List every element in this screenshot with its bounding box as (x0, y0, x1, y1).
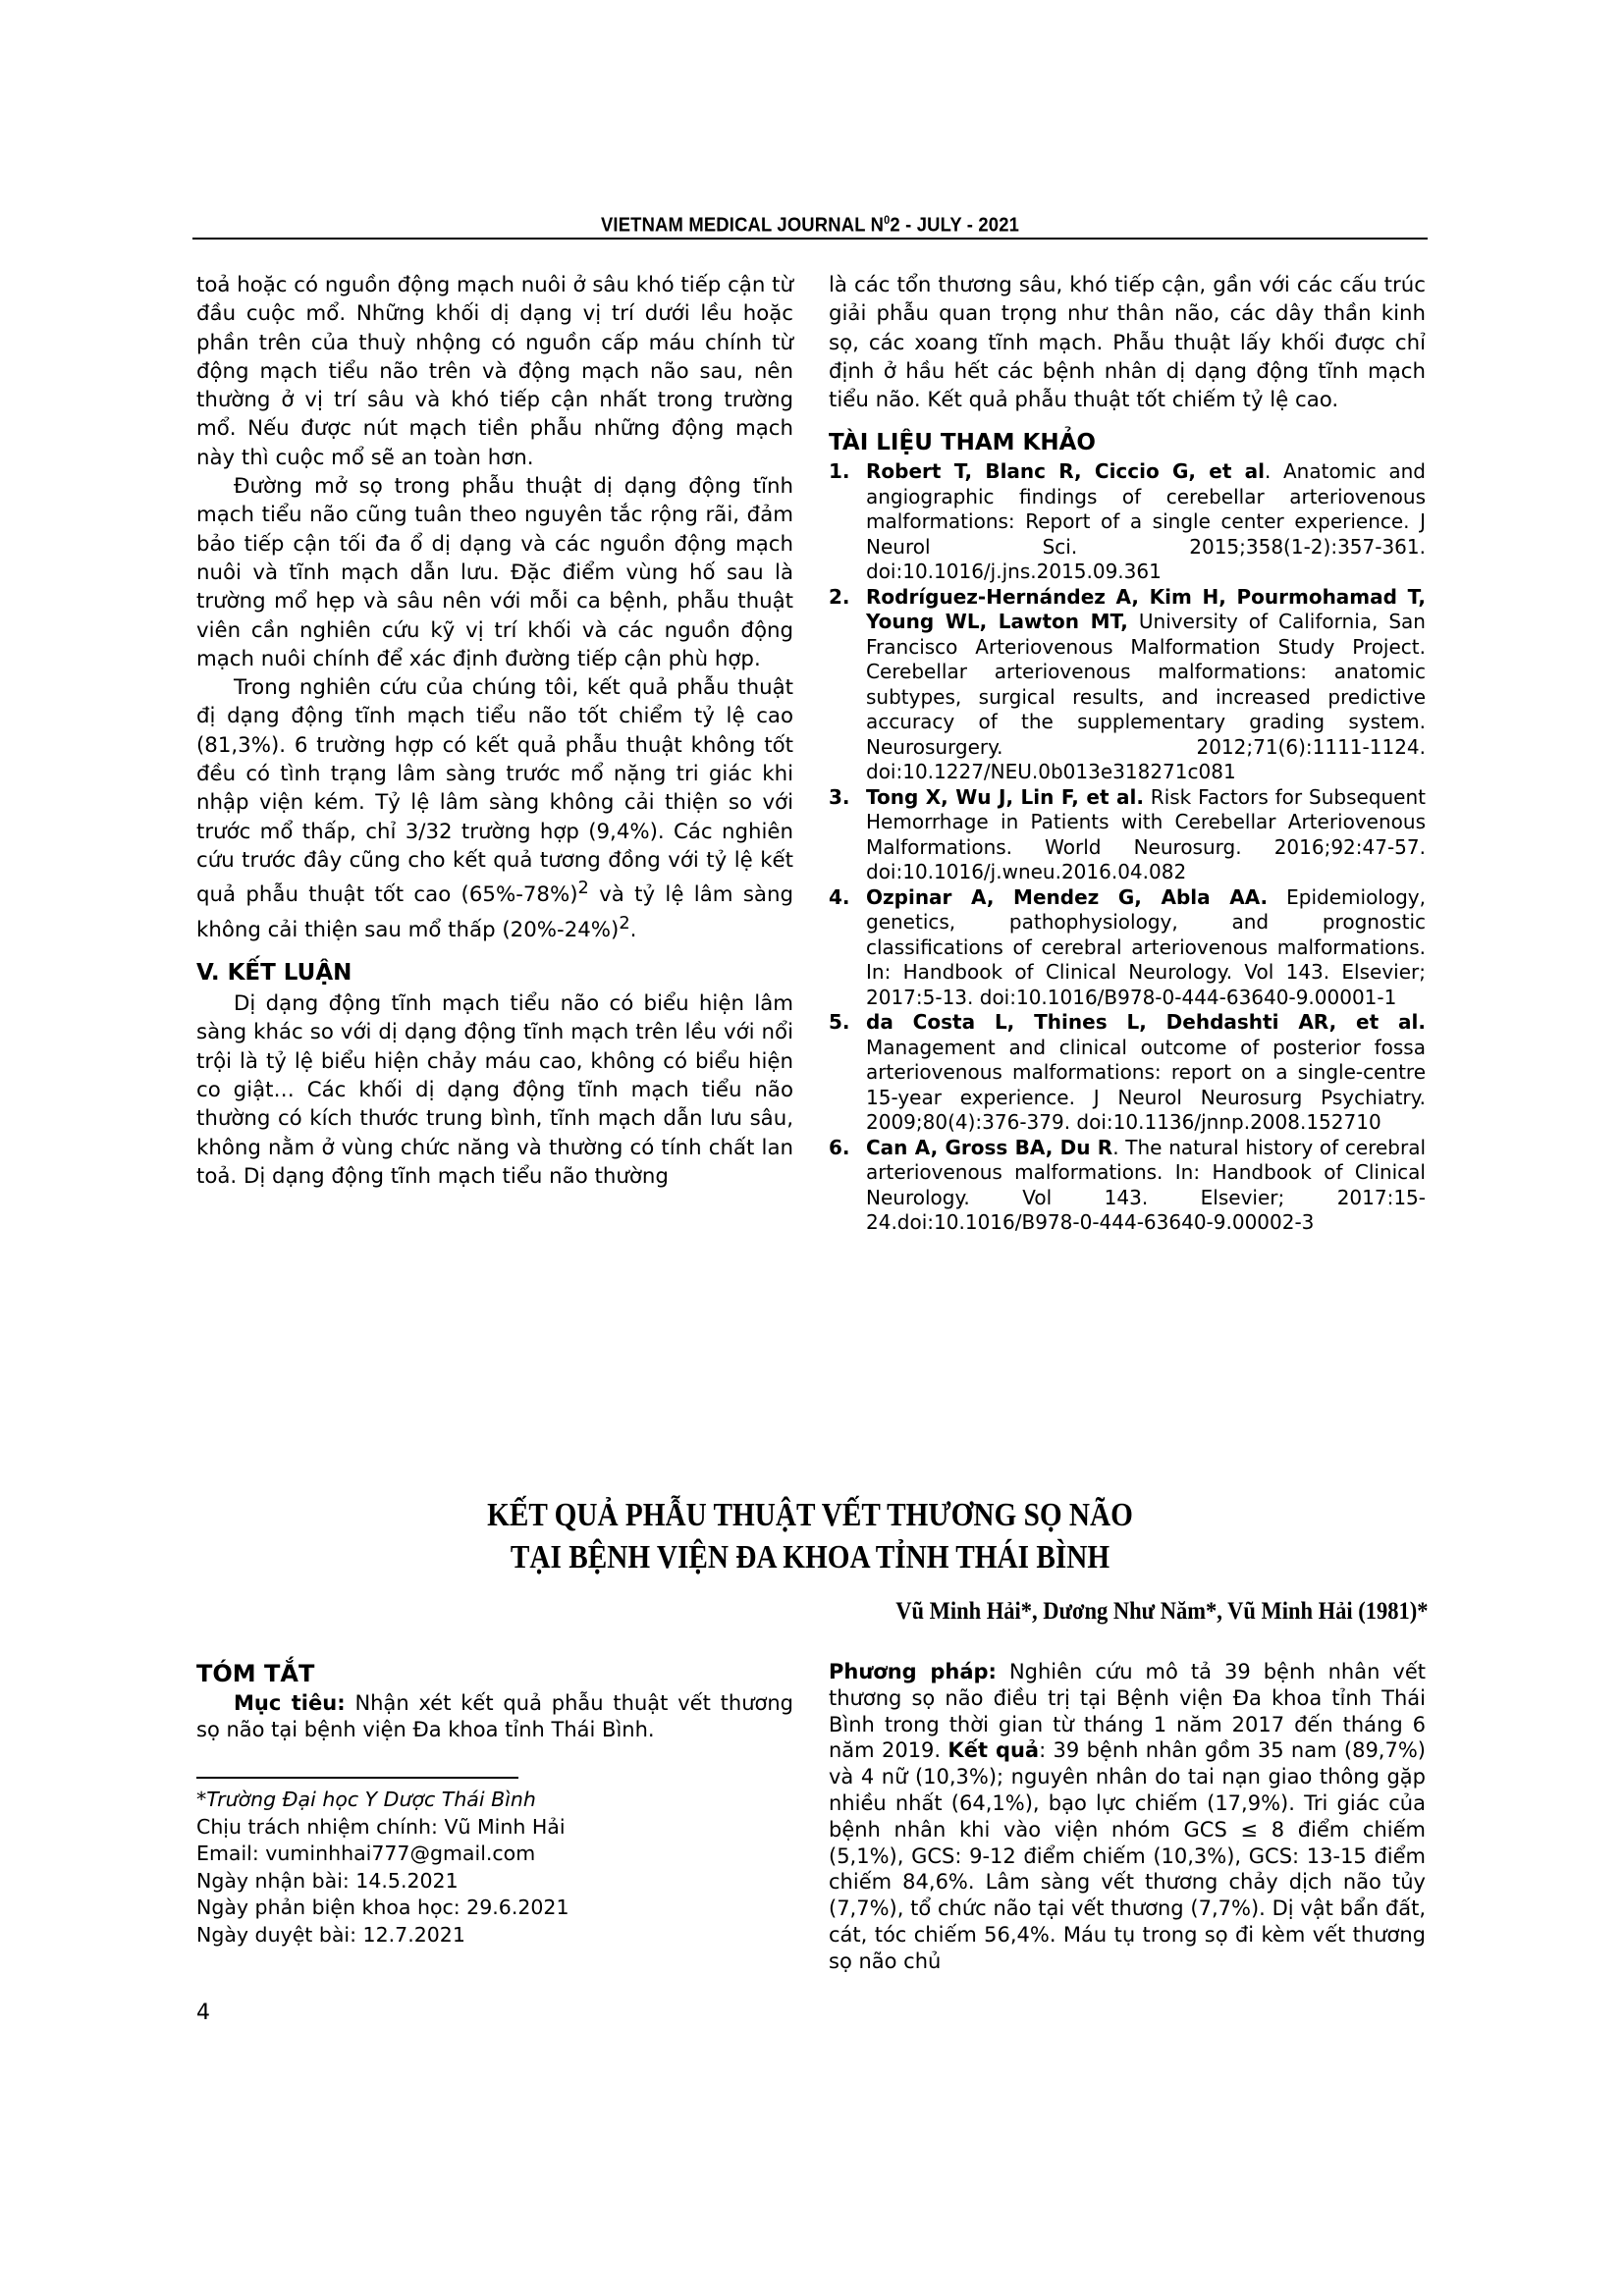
objective-label: Mục tiêu: (234, 1691, 346, 1715)
footnote-received-date: Ngày nhận bài: 14.5.2021 (196, 1868, 793, 1896)
footnote-accepted-date: Ngày duyệt bài: 12.7.2021 (196, 1922, 793, 1949)
method-label: Phương pháp: (829, 1660, 997, 1683)
citation-superscript: 2 (578, 879, 589, 898)
footnote-rule (196, 1777, 518, 1779)
result-label: Kết quả (947, 1738, 1039, 1762)
references-heading: TÀI LIỆU THAM KHẢO (829, 428, 1426, 457)
footnote-affiliation: *Trường Đại học Y Dược Thái Bình (196, 1787, 793, 1814)
reference-item: 4.Ozpinar A, Mendez G, Abla AA. Epidemio… (829, 885, 1426, 1011)
page-number: 4 (196, 2001, 210, 2025)
citation-superscript: 2 (619, 914, 629, 934)
reference-item: 5.da Costa L, Thines L, Dehdashti AR, et… (829, 1010, 1426, 1136)
discussion-paragraph-2: Đường mở sọ trong phẫu thuật dị dạng độn… (196, 472, 793, 673)
conclusion-paragraph: Dị dạng động tĩnh mạch tiểu não có biểu … (196, 989, 793, 1191)
reference-item: 2.Rodríguez-Hernández A, Kim H, Pourmoha… (829, 585, 1426, 785)
right-column-bottom: Phương pháp: Nghiên cứu mô tả 39 bệnh nh… (829, 1659, 1426, 1975)
footnote-email: Email: vuminhhai777@gmail.com (196, 1841, 793, 1868)
reference-item: 1.Robert T, Blanc R, Ciccio G, et al. An… (829, 459, 1426, 585)
abstract-method-results: Phương pháp: Nghiên cứu mô tả 39 bệnh nh… (829, 1659, 1426, 1975)
abstract-heading: TÓM TẮT (196, 1659, 793, 1688)
discussion-paragraph-1: toả hoặc có nguồn động mạch nuôi ở sâu k… (196, 271, 793, 472)
reference-authors: Ozpinar A, Mendez G, Abla AA. (866, 885, 1268, 909)
right-column-top: là các tổn thương sâu, khó tiếp cận, gần… (829, 271, 1426, 1236)
left-column-bottom: TÓM TẮT Mục tiêu: Nhận xét kết quả phẫu … (196, 1659, 793, 1949)
reference-item: 3.Tong X, Wu J, Lin F, et al. Risk Facto… (829, 785, 1426, 885)
reference-item: 6.Can A, Gross BA, Du R. The natural his… (829, 1136, 1426, 1236)
reference-authors: Tong X, Wu J, Lin F, et al. (866, 785, 1144, 809)
reference-authors: da Costa L, Thines L, Dehdashti AR, et a… (866, 1010, 1426, 1034)
journal-page: VIETNAM MEDICAL JOURNAL N02 - JULY - 202… (0, 0, 1624, 2296)
discussion-paragraph-3: Trong nghiên cứu của chúng tôi, kết quả … (196, 673, 793, 944)
reference-authors: Can A, Gross BA, Du R (866, 1136, 1112, 1159)
conclusion-continued: là các tổn thương sâu, khó tiếp cận, gần… (829, 271, 1426, 414)
abstract-objective: Mục tiêu: Nhận xét kết quả phẫu thuật vế… (196, 1690, 793, 1743)
article-title: KẾT QUẢ PHẪU THUẬT VẾT THƯƠNG SỌ NÃO TẠI… (279, 1494, 1341, 1578)
journal-name: VIETNAM MEDICAL JOURNAL N (601, 215, 884, 237)
header-rule (192, 238, 1428, 240)
running-header: VIETNAM MEDICAL JOURNAL N02 - JULY - 202… (242, 213, 1378, 238)
conclusion-heading: V. KẾT LUẬN (196, 958, 793, 988)
reference-list: 1.Robert T, Blanc R, Ciccio G, et al. An… (829, 459, 1426, 1236)
journal-issue: 2 - JULY - 2021 (890, 215, 1019, 237)
article-title-line-2: TẠI BỆNH VIỆN ĐA KHOA TỈNH THÁI BÌNH (279, 1536, 1341, 1578)
footnote-responsible: Chịu trách nhiệm chính: Vũ Minh Hải (196, 1814, 793, 1842)
article-title-line-1: KẾT QUẢ PHẪU THUẬT VẾT THƯƠNG SỌ NÃO (279, 1494, 1341, 1536)
footnote-review-date: Ngày phản biện khoa học: 29.6.2021 (196, 1895, 793, 1922)
article-authors: Vũ Minh Hải*, Dương Như Năm*, Vũ Minh Hả… (895, 1598, 1428, 1626)
left-column-top: toả hoặc có nguồn động mạch nuôi ở sâu k… (196, 271, 793, 1191)
reference-authors: Robert T, Blanc R, Ciccio G, et al (866, 459, 1265, 483)
